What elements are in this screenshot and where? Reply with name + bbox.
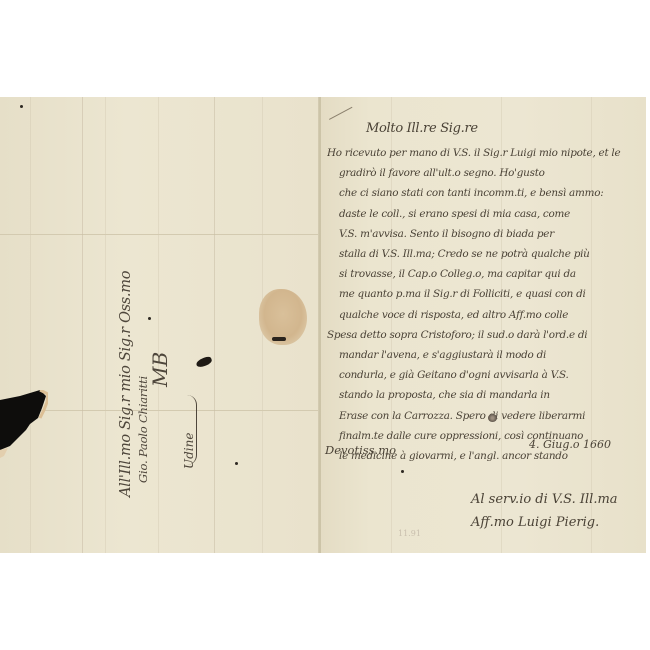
address-line-1: All'Ill.mo Sig.r mio Sig.r Oss.mo [118,271,134,497]
paper-chain-line [158,97,159,553]
body-line: qualche voce di risposta, ed altro Aff.m… [327,305,643,325]
manuscript-sheet: All'Ill.mo Sig.r mio Sig.r Oss.mo Gio. P… [0,97,646,553]
body-line: Erase con la Carrozza. Spero di vedere l… [327,406,643,426]
ink-blot [195,356,213,369]
body-line: V.S. m'avvisa. Sento il bisogno di biada… [327,224,643,244]
ink-spot [148,317,151,320]
body-line: condurla, e già Geitano d'ogni avvisarla… [327,365,643,385]
torn-hole [0,390,48,460]
body-line: gradirò il favore all'ult.o segno. Ho'gu… [327,163,643,183]
body-line: Ho ricevuto per mano di V.S. il Sig.r Lu… [327,143,643,163]
body-line: stando la proposta, che sia di mandarla … [327,385,643,405]
paper-chain-line [105,97,106,553]
ink-spot [235,462,238,465]
fold-line [0,234,320,235]
signature-line-2: Aff.mo Luigi Pierig. [471,515,599,530]
address-inscription: All'Ill.mo Sig.r mio Sig.r Oss.mo Gio. P… [118,271,150,497]
body-line: daste le coll., si erano spesi di mia ca… [327,204,643,224]
left-page-address-cover: All'Ill.mo Sig.r mio Sig.r Oss.mo Gio. P… [0,97,320,553]
ink-spot [401,470,404,473]
closing-devotion: Devotiss.mo [325,443,396,457]
fold-line [82,97,83,553]
body-line: si trovasse, il Cap.o Colleg.o, ma capit… [327,264,643,284]
ink-hole [488,414,497,422]
salutation: Molto Ill.re Sig.re [366,121,478,136]
ink-spot [20,105,23,108]
fold-line [214,97,215,553]
body-line: me quanto p.ma il Sig.r di Folliciti, e … [327,284,643,304]
destination-text: Udine [182,433,196,469]
fold-line [0,410,320,411]
body-line: Spesa detto sopra Cristoforo; il sud.o d… [327,325,643,345]
folio-mark [329,107,352,120]
body-line: mandar l'avena, e s'aggiustarà il modo d… [327,345,643,365]
letter-text-block: Molto Ill.re Sig.re Ho ricevuto per mano… [321,97,646,553]
signature-line-1: Al serv.io di V.S. Ill.ma [471,492,618,507]
letter-date: 4. Giug.o 1660 [529,438,611,451]
postal-mark: MB [148,352,172,387]
letter-body: Ho ricevuto per mano di V.S. il Sig.r Lu… [327,143,643,466]
seal-remnant-mark [272,337,286,341]
paper-chain-line [30,97,31,553]
body-line: che ci siano stati con tanti incomm.ti, … [327,183,643,203]
body-line: stalla di V.S. Ill.ma; Credo se ne potrà… [327,244,643,264]
pencil-annotation: 11.91 [398,529,421,538]
